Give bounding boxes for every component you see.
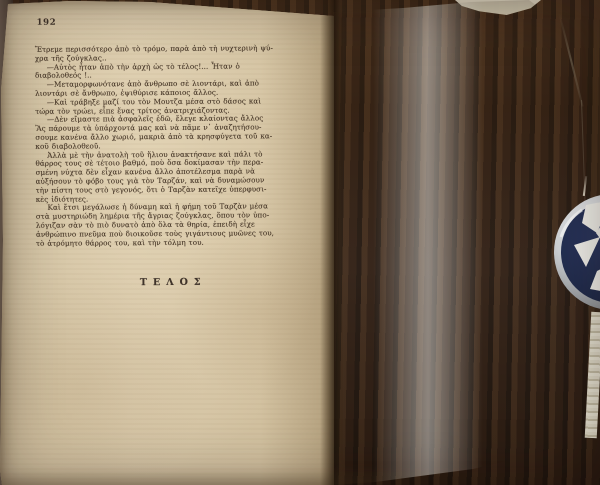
left-book-page: 192 Ἔτρεμε περισσότερο ἀπὸ τὸ τρόμο, παρ…: [0, 0, 334, 485]
end-marker: ΤΕΛΟΣ: [36, 276, 310, 289]
body-text: Ἔτρεμε περισσότερο ἀπὸ τὸ τρόμο, παρὰ ἀπ…: [35, 44, 314, 248]
page-number: 192: [37, 18, 57, 28]
book-photo: 192 Ἔτρεμε περισσότερο ἀπὸ τὸ τρόμο, παρ…: [0, 0, 600, 485]
page-crease: [558, 13, 583, 107]
lightning-emblem-icon: [552, 192, 600, 312]
left-page-content: 192 Ἔτρεμε περισσότερο ἀπὸ τὸ τρόμο, παρ…: [0, 0, 335, 485]
page-highlight: [373, 0, 483, 485]
lightning-emblem-svg: [552, 192, 600, 312]
